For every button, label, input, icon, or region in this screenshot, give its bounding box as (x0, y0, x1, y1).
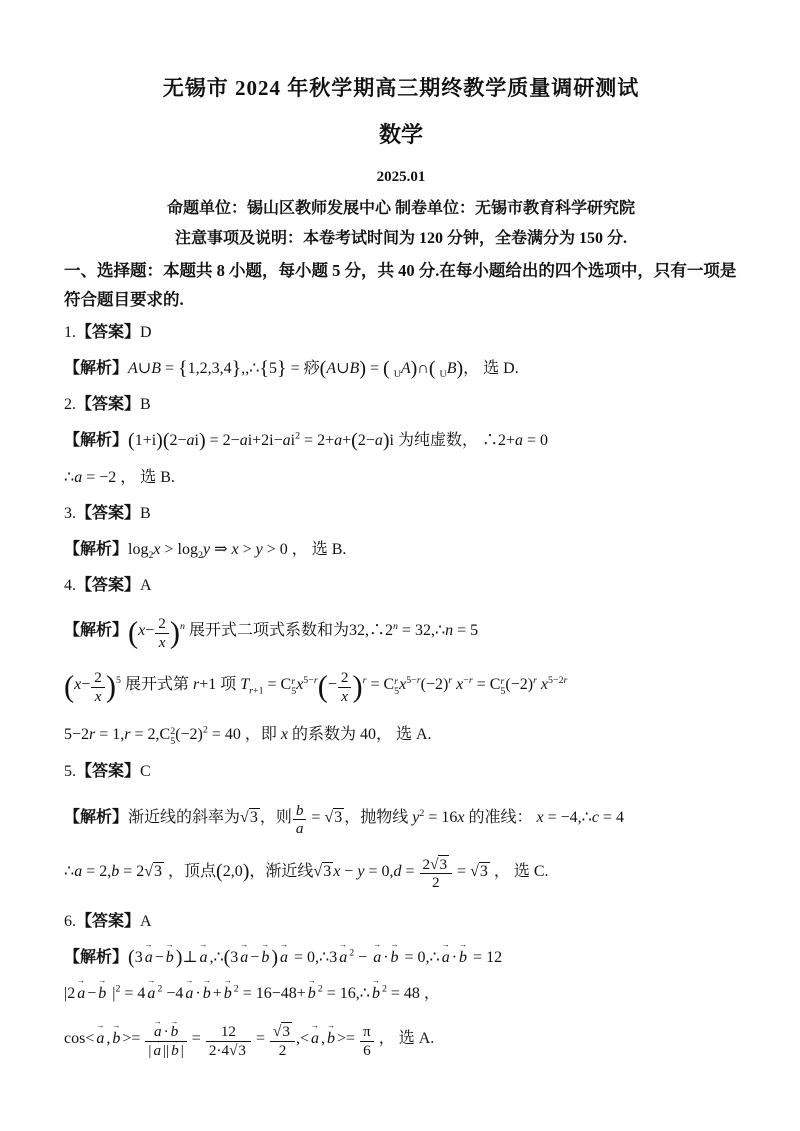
section-heading-choice-questions: 一、选择题：本题共 8 小题，每小题 5 分，共 40 分.在每小题给出的四个选… (64, 257, 738, 315)
q6-answer: 6.【答案】A (64, 910, 738, 933)
exam-answer-document: 无锡市 2024 年秋学期高三期终教学质量调研测试 数学 2025.01 命题单… (0, 0, 800, 1131)
q2-solution-2: ∴a = −2 ， 选 B. (64, 466, 738, 489)
q4-solution-3: 5−2r = 1,r = 2,C25(−2)2 = 40 ，即 x 的系数为 4… (64, 723, 738, 747)
q5-answer: 5.【答案】C (64, 760, 738, 783)
q4-solution-1: 【解析】(x−2x)n 展开式二项式系数和为32,∴2n = 32,∴n = 5 (64, 615, 738, 651)
document-lines: 1.【答案】D【解析】A∪B = {1,2,3,4},,∴{5} = 痧(A∪B… (64, 321, 738, 1059)
exam-notice: 注意事项及说明：本卷考试时间为 120 分钟，全卷满分为 150 分. (64, 225, 738, 248)
q5-solution-2: ∴a = 2,b = 2√3 ，顶点(2,0)，渐近线√3x − y = 0,d… (64, 856, 738, 892)
q3-solution: 【解析】log2x > log2y ⇒ x > y > 0 ， 选 B. (64, 538, 738, 561)
q1-solution: 【解析】A∪B = {1,2,3,4},,∴{5} = 痧(A∪B) = ( U… (64, 357, 738, 380)
q6-solution-2: |2a−b |2 = 4a2 −4a·b+b2 = 16−48+b2 = 16,… (64, 982, 738, 1005)
q3-answer: 3.【答案】B (64, 502, 738, 525)
issuing-units: 命题单位：锡山区教师发展中心 制卷单位：无锡市教育科学研究院 (64, 195, 738, 218)
exam-date: 2025.01 (64, 169, 738, 186)
q1-answer: 1.【答案】D (64, 321, 738, 344)
q5-solution-1: 【解析】渐近线的斜率为√3，则ba = √3，抛物线 y2 = 16x 的准线：… (64, 802, 738, 838)
q4-answer: 4.【答案】A (64, 574, 738, 597)
q6-solution-3: cos<a,b>= a·b|a||b| = 122·4√3 = √32,<a,b… (64, 1023, 738, 1059)
q2-answer: 2.【答案】B (64, 393, 738, 416)
subject-title: 数学 (64, 118, 738, 149)
q4-solution-2: (x−2x)5 展开式第 r+1 项 Tr+1 = Cr5x5−r(−2x)r … (64, 669, 738, 705)
q6-solution-1: 【解析】(3a−b)⊥a,∴(3a−b)a = 0,∴3a2 − a·b = 0… (64, 946, 738, 969)
page-title: 无锡市 2024 年秋学期高三期终教学质量调研测试 (64, 72, 738, 102)
q2-solution-1: 【解析】(1+i)(2−ai) = 2−ai+2i−ai2 = 2+a+(2−a… (64, 429, 738, 452)
